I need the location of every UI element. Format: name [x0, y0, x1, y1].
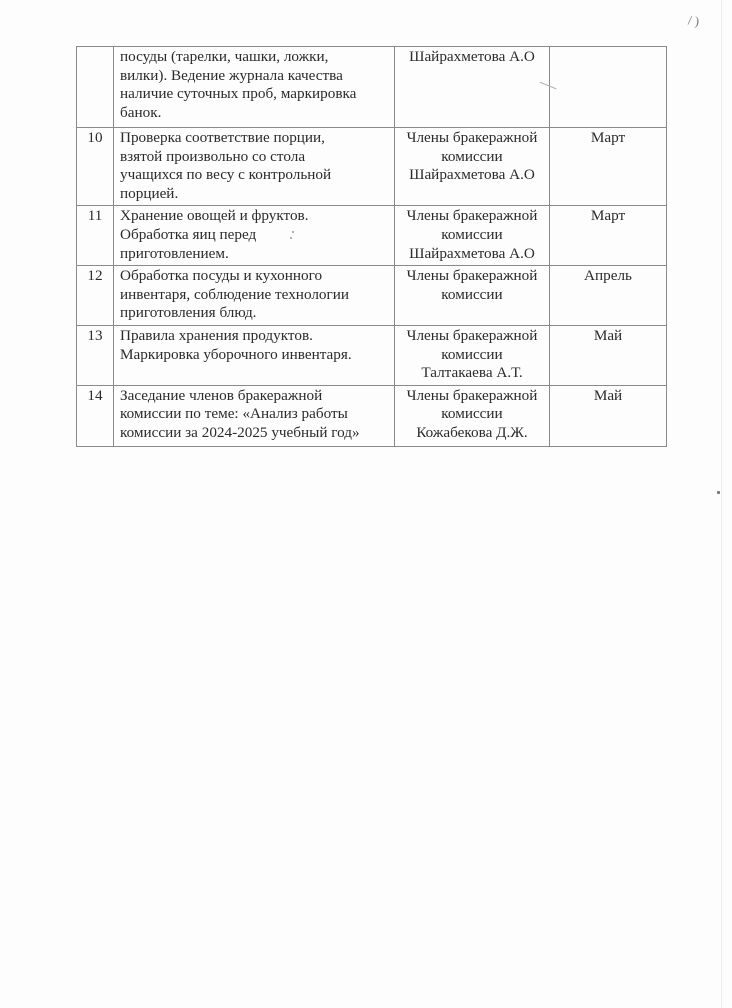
cell-text-line: Правила хранения продуктов. [120, 327, 388, 346]
cell-text-line: комиссии [401, 226, 543, 245]
cell-text-line: Хранение овощей и фруктов. [120, 207, 388, 226]
cell-text-line: Шайрахметова А.О [401, 48, 543, 67]
row-number: 14 [77, 385, 114, 446]
activity-description: Обработка посуды и кухонногоинвентаря, с… [114, 266, 395, 326]
table-row: 12Обработка посуды и кухонногоинвентаря,… [77, 266, 667, 326]
row-number: 13 [77, 325, 114, 385]
row-number: 10 [77, 128, 114, 206]
responsible-persons: Члены бракеражнойкомиссииШайрахметова А.… [395, 128, 550, 206]
cell-text-line: инвентаря, соблюдение технологии [120, 286, 388, 305]
activity-description: Хранение овощей и фруктов.Обработка яиц … [114, 206, 395, 266]
due-month: Апрель [550, 266, 667, 326]
cell-text-line: учащихся по весу с контрольной [120, 166, 388, 185]
table-row: посуды (тарелки, чашки, ложки,вилки). Ве… [77, 47, 667, 128]
scan-speck [717, 491, 720, 494]
cell-text-line: банок. [120, 104, 388, 123]
scan-speck [290, 237, 292, 239]
due-month: Май [550, 385, 667, 446]
cell-text-line: комиссии [401, 346, 543, 365]
cell-text-line: комиссии [401, 148, 543, 167]
cell-text-line: приготовления блюд. [120, 304, 388, 323]
cell-text-line: Члены бракеражной [401, 267, 543, 286]
inspection-plan-table: посуды (тарелки, чашки, ложки,вилки). Ве… [76, 46, 667, 447]
cell-text-line: взятой произвольно со стола [120, 148, 388, 167]
cell-text-line: вилки). Ведение журнала качества [120, 67, 388, 86]
activity-description: Правила хранения продуктов.Маркировка уб… [114, 325, 395, 385]
row-number: 12 [77, 266, 114, 326]
cell-text-line: Члены бракеражной [401, 129, 543, 148]
cell-text-line: Члены бракеражной [401, 207, 543, 226]
cell-text-line: Члены бракеражной [401, 327, 543, 346]
responsible-persons: Члены бракеражнойкомиссии [395, 266, 550, 326]
cell-text-line: комиссии за 2024-2025 учебный год» [120, 424, 388, 443]
activity-description: Проверка соответствие порции,взятой прои… [114, 128, 395, 206]
cell-text-line: Талтакаева А.Т. [401, 364, 543, 383]
responsible-persons: Члены бракеражнойкомиссииШайрахметова А.… [395, 206, 550, 266]
cell-text-line: приготовлением. [120, 245, 388, 264]
cell-text-line: Обработка посуды и кухонного [120, 267, 388, 286]
responsible-persons: Члены бракеражнойкомиссииТалтакаева А.Т. [395, 325, 550, 385]
cell-text-line: Обработка яиц перед [120, 226, 388, 245]
cell-text-line: комиссии по теме: «Анализ работы [120, 405, 388, 424]
table-row: 10Проверка соответствие порции,взятой пр… [77, 128, 667, 206]
scan-speck [292, 231, 294, 233]
activity-description: посуды (тарелки, чашки, ложки,вилки). Ве… [114, 47, 395, 128]
row-number [77, 47, 114, 128]
cell-text-line: посуды (тарелки, чашки, ложки, [120, 48, 388, 67]
cell-text-line: Кожабекова Д.Ж. [401, 424, 543, 443]
cell-text-line: Шайрахметова А.О [401, 245, 543, 264]
cell-text-line: порцией. [120, 185, 388, 204]
cell-text-line: Маркировка уборочного инвентаря. [120, 346, 388, 365]
page-mark: / ) [687, 13, 700, 28]
cell-text-line: Члены бракеражной [401, 387, 543, 406]
due-month: Март [550, 128, 667, 206]
due-month: Март [550, 206, 667, 266]
table-row: 11Хранение овощей и фруктов.Обработка яи… [77, 206, 667, 266]
table-row: 14Заседание членов бракеражнойкомиссии п… [77, 385, 667, 446]
cell-text-line: Шайрахметова А.О [401, 166, 543, 185]
cell-text-line: Заседание членов бракеражной [120, 387, 388, 406]
responsible-persons: Члены бракеражнойкомиссииКожабекова Д.Ж. [395, 385, 550, 446]
table-row: 13Правила хранения продуктов.Маркировка … [77, 325, 667, 385]
due-month [550, 47, 667, 128]
cell-text-line: наличие суточных проб, маркировка [120, 85, 388, 104]
due-month: Май [550, 325, 667, 385]
cell-text-line: комиссии [401, 286, 543, 305]
cell-text-line: Проверка соответствие порции, [120, 129, 388, 148]
cell-text-line: комиссии [401, 405, 543, 424]
responsible-persons: Шайрахметова А.О [395, 47, 550, 128]
scan-edge [721, 0, 722, 1008]
activity-description: Заседание членов бракеражнойкомиссии по … [114, 385, 395, 446]
row-number: 11 [77, 206, 114, 266]
